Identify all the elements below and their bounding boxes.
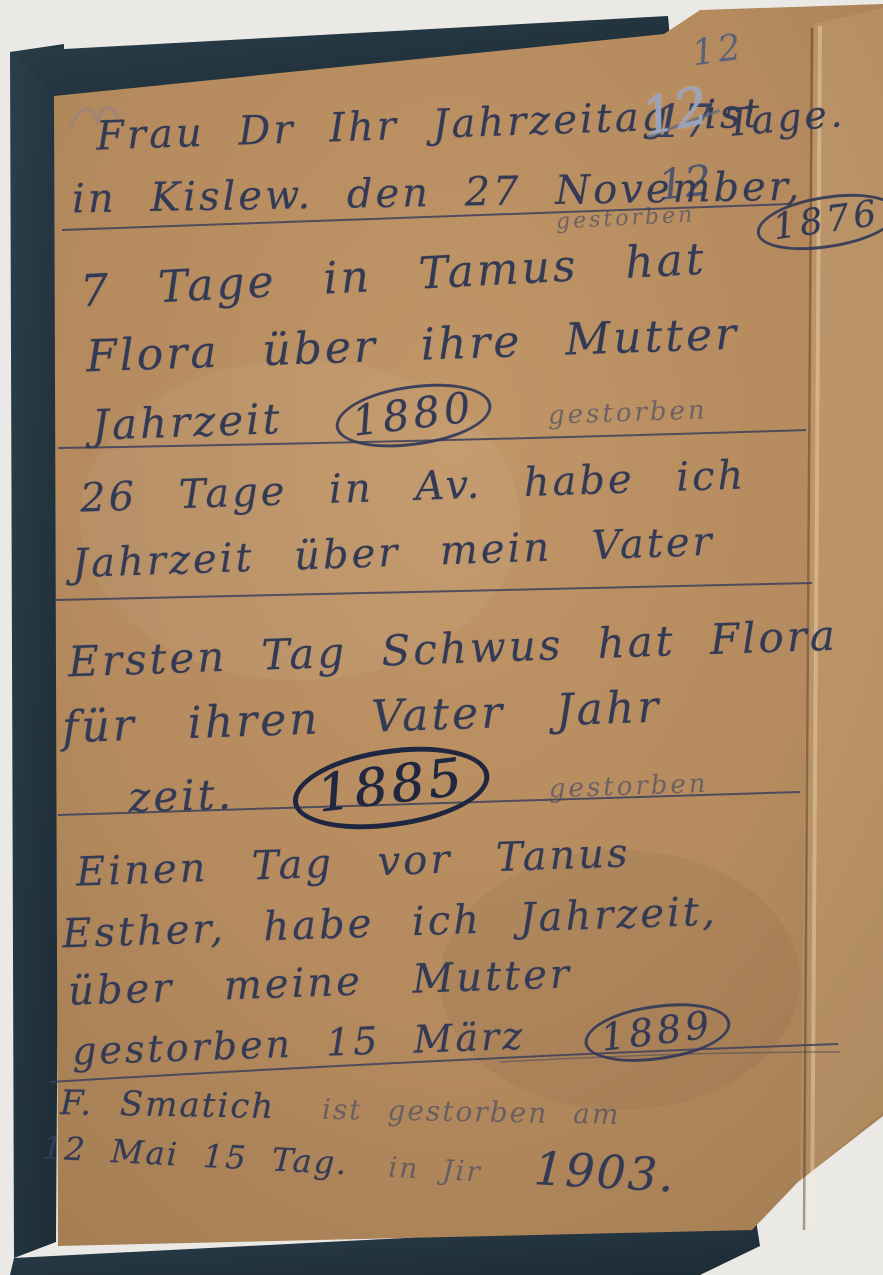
entry4-year: 1885 bbox=[288, 737, 494, 839]
margin-number-top: 12 bbox=[689, 27, 746, 75]
photographed-manuscript-page: 12 Frau Dr Ihr Jahrzeitag ist 17 12 12 T… bbox=[0, 0, 883, 1275]
entry4-line3-word: zeit. bbox=[127, 769, 234, 822]
entry2-year: 1880 bbox=[332, 376, 495, 455]
entry6-line2-month: in Jir bbox=[388, 1151, 483, 1189]
entry6-year: 1903. bbox=[533, 1141, 677, 1202]
entry1-year-circled: 1876 bbox=[756, 196, 883, 248]
entry2-line3-word: Jahrzeit bbox=[91, 394, 283, 450]
entry5-line4-words: gestorben 15 März bbox=[71, 1014, 525, 1074]
entry2-gestorben-note: gestorben bbox=[547, 395, 708, 431]
entry1-year: 1876 bbox=[753, 186, 883, 257]
entry4-gestorben-note: gestorben bbox=[548, 769, 709, 805]
entry5-year: 1889 bbox=[581, 996, 733, 1068]
entry6-line1-rest: ist gestorben am bbox=[322, 1093, 621, 1131]
